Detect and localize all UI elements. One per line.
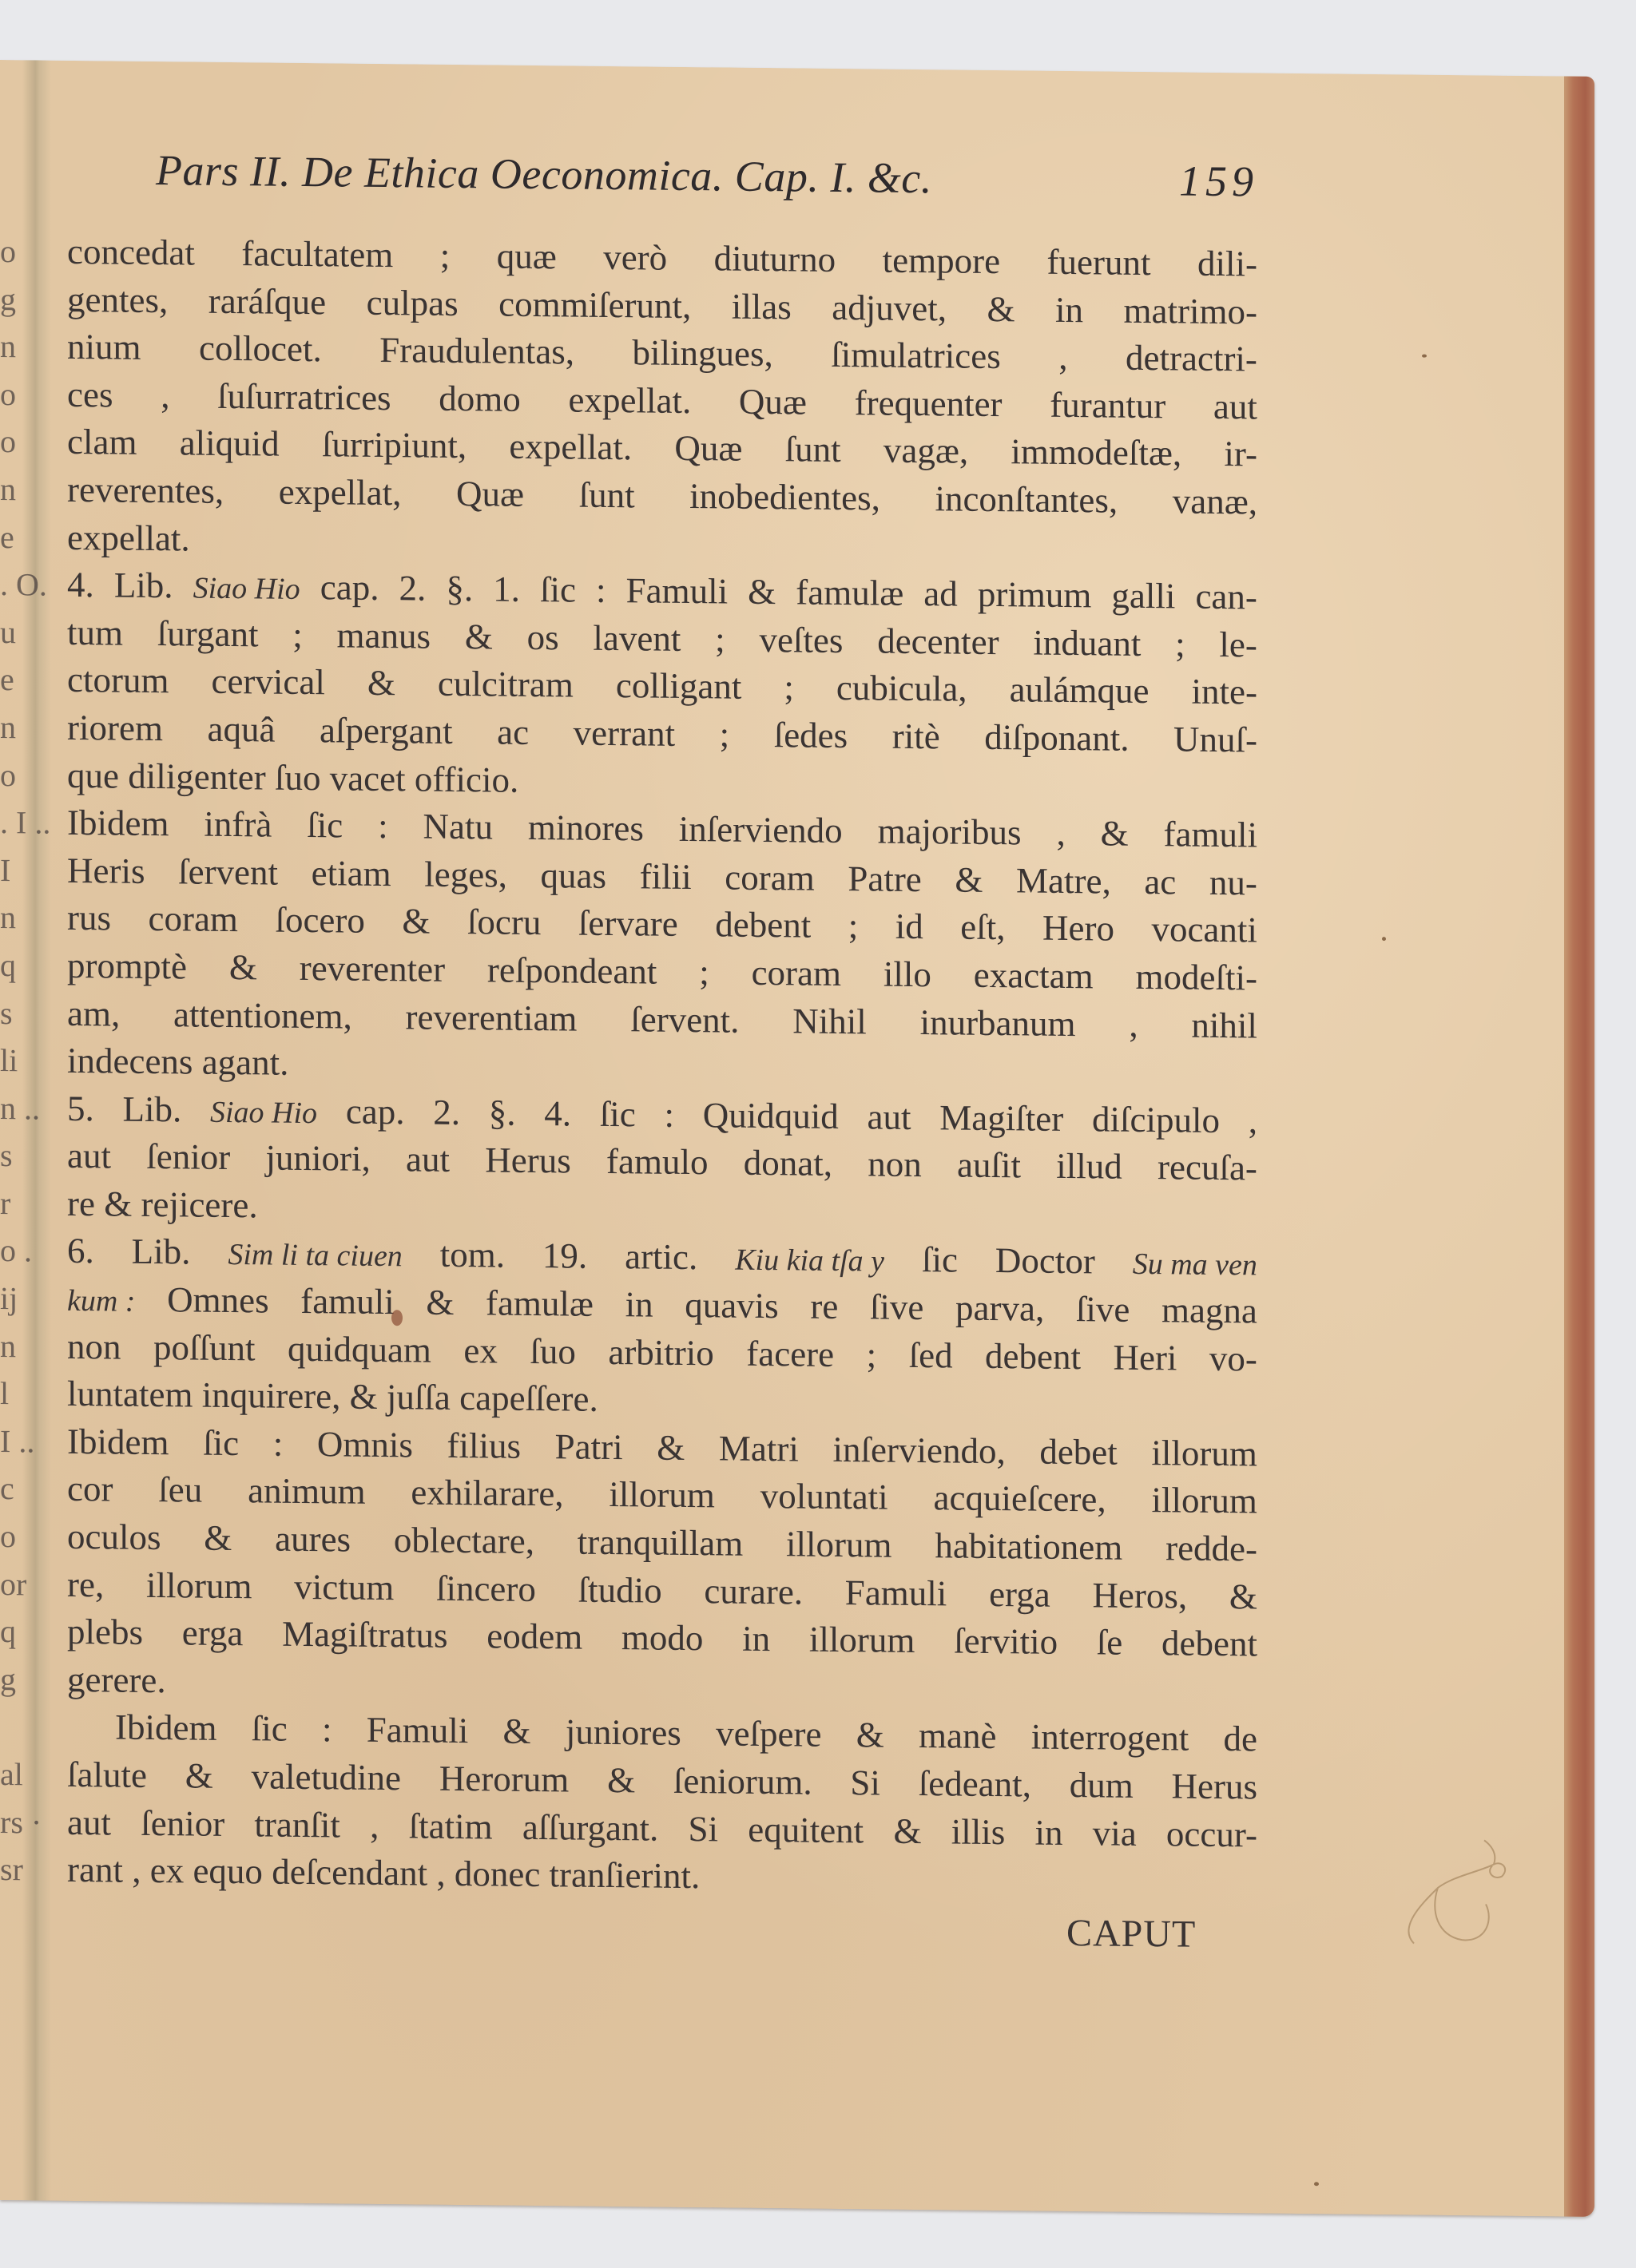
word: inſerviendo, xyxy=(833,1426,1006,1476)
word: ; xyxy=(848,902,859,950)
word: ; xyxy=(867,1331,877,1379)
word: donec xyxy=(455,1850,540,1899)
word: deſcendant xyxy=(272,1849,427,1898)
word: cor xyxy=(67,1465,113,1513)
word: & xyxy=(893,1807,921,1855)
word: & xyxy=(856,1712,884,1760)
word: in xyxy=(625,1281,653,1329)
word: ſic xyxy=(540,566,576,614)
word: & xyxy=(185,1752,213,1800)
word: commiſerunt, xyxy=(498,280,691,330)
word: coram xyxy=(149,895,238,944)
gutter-glyph: g xyxy=(0,1655,64,1703)
word: officio. xyxy=(415,755,518,804)
word: vocanti xyxy=(1151,906,1257,954)
gutter-glyph xyxy=(0,1703,64,1751)
gutter-glyph: q xyxy=(0,1608,64,1655)
word: aulámque xyxy=(1010,667,1150,716)
word: Ibidem xyxy=(67,1418,169,1467)
word: ſunt xyxy=(785,426,841,474)
word: voluntati xyxy=(760,1473,888,1521)
word: illorum xyxy=(146,1562,252,1611)
word: colligant xyxy=(616,662,741,711)
gutter-glyph: n xyxy=(0,704,64,751)
word: ſervent xyxy=(178,848,278,897)
word: ſuo xyxy=(275,754,321,802)
word: , xyxy=(161,372,169,420)
word: fuerunt xyxy=(1047,239,1151,287)
word: reverentes, xyxy=(67,466,224,516)
word: exactam xyxy=(974,952,1094,1001)
word: aut xyxy=(1213,383,1257,431)
word: cervical xyxy=(211,658,324,707)
word: ſervitio xyxy=(954,1618,1058,1667)
word: Quæ xyxy=(674,425,742,473)
page-header: Pars II. De Ethica Oeconomica. Cap. I. &… xyxy=(156,145,1258,220)
word: tranſit xyxy=(254,1801,340,1850)
word: detractri- xyxy=(1126,335,1257,383)
italic-term: Kiu kia tſa y xyxy=(735,1235,884,1284)
word: vanæ, xyxy=(1173,478,1257,526)
word: veſpere xyxy=(716,1711,821,1759)
word: aut xyxy=(868,1093,911,1141)
word: Omnes xyxy=(167,1276,269,1325)
gutter-glyph: q xyxy=(0,942,64,989)
word: tom. xyxy=(440,1231,505,1279)
word: Heros, xyxy=(1092,1572,1187,1620)
word: : xyxy=(322,1707,332,1755)
word: ſive xyxy=(1076,1286,1130,1334)
word: curare. xyxy=(704,1568,803,1616)
word: majoribus xyxy=(878,808,1022,857)
italic-term: Su ma ven xyxy=(1133,1239,1257,1287)
word: & xyxy=(955,856,983,904)
word: Famuli xyxy=(626,567,729,616)
word: aliquid xyxy=(180,420,280,469)
word: inconſtantes, xyxy=(935,475,1118,525)
word: Ibidem xyxy=(67,799,169,848)
word: primum xyxy=(978,571,1092,620)
word: §. xyxy=(446,565,473,613)
word: in xyxy=(1055,286,1083,334)
gutter-glyph: or xyxy=(0,1560,64,1608)
word: illud xyxy=(1056,1143,1122,1191)
word: & xyxy=(607,1757,635,1805)
word: agant. xyxy=(202,1039,289,1088)
word: & xyxy=(402,898,430,946)
word: Heris xyxy=(67,847,145,896)
word: aures xyxy=(275,1516,351,1564)
word: juniori, xyxy=(265,1135,370,1184)
gutter-glyph: l xyxy=(0,1370,64,1417)
word: aſpergant xyxy=(320,707,453,755)
word: Si xyxy=(850,1759,880,1807)
gutter-glyph: li xyxy=(0,1037,64,1084)
word: & xyxy=(204,1515,232,1563)
word: reverentiam xyxy=(406,993,578,1043)
word: ſincero xyxy=(436,1564,536,1613)
word: modeſti- xyxy=(1136,954,1257,1002)
word: equo xyxy=(193,1848,262,1897)
word: Matri xyxy=(719,1425,799,1473)
facing-page-show-through: ognoone. O.ueno. I ..Inqslin ..sro .ijnl… xyxy=(0,228,64,1894)
word: rus xyxy=(67,894,111,942)
word: 6. xyxy=(67,1227,94,1275)
word: veſtes xyxy=(759,617,843,665)
gutter-glyph: . I .. xyxy=(0,799,64,847)
word: Fraudulentas, xyxy=(379,327,574,376)
word: diuturno xyxy=(714,235,836,283)
word: illorum xyxy=(1151,1429,1257,1478)
word: recuſa- xyxy=(1158,1144,1257,1192)
running-head: Pars II. De Ethica Oeconomica. Cap. I. &… xyxy=(156,145,932,203)
paper-speck xyxy=(1422,355,1427,358)
word: Matre, xyxy=(1016,857,1111,906)
word: minores xyxy=(528,804,644,853)
word: : xyxy=(378,803,388,850)
word: famulæ xyxy=(796,569,903,618)
word: Natu xyxy=(423,803,492,852)
word: modo xyxy=(621,1614,704,1663)
word: 1. xyxy=(493,566,520,614)
word: ſive xyxy=(870,1283,923,1331)
word: , xyxy=(436,1850,445,1898)
word: magna xyxy=(1161,1287,1257,1335)
italic-term: Siao Hio xyxy=(210,1086,317,1135)
word: & xyxy=(1229,1573,1257,1621)
word: re xyxy=(67,1180,95,1228)
word: Lib. xyxy=(123,1085,182,1133)
word: gerere. xyxy=(67,1656,166,1705)
word: ſunt xyxy=(579,472,635,520)
word: ſic xyxy=(203,1420,239,1468)
word: reſpondeant xyxy=(487,946,657,996)
word: , xyxy=(1249,1097,1257,1145)
gutter-glyph: s xyxy=(0,989,64,1037)
word: riorem xyxy=(67,704,163,753)
word: aſſurgant. xyxy=(522,1803,658,1852)
word: erga xyxy=(989,1571,1050,1619)
word: os xyxy=(527,614,559,662)
word: exhilarare, xyxy=(411,1469,563,1519)
word: quas xyxy=(541,852,607,900)
word: illorum xyxy=(609,1471,715,1520)
word: decenter xyxy=(877,617,999,666)
word: & xyxy=(657,1424,685,1472)
word: facere xyxy=(746,1330,834,1378)
gutter-glyph: o xyxy=(0,371,64,418)
word: raráſque xyxy=(208,277,326,326)
word: interrogent xyxy=(1031,1714,1189,1763)
word: victum xyxy=(294,1563,394,1612)
word: eſt, xyxy=(960,904,1005,952)
word: Magiſter xyxy=(939,1094,1063,1143)
word: ſurripiunt, xyxy=(322,422,467,470)
word: ſuſurratrices xyxy=(217,373,391,422)
word: reverenter xyxy=(300,945,445,994)
word: non xyxy=(67,1323,121,1371)
gutter-glyph: s xyxy=(0,1132,64,1180)
word: vacet xyxy=(330,755,406,803)
gutter-glyph: c xyxy=(0,1465,64,1513)
word: expellat. xyxy=(569,376,692,425)
word: dum xyxy=(1070,1762,1134,1810)
page-number: 159 xyxy=(1179,156,1258,206)
word: tum xyxy=(67,609,123,657)
word: concedat xyxy=(67,228,195,277)
word: ritè xyxy=(892,713,940,761)
word: Lib. xyxy=(132,1228,191,1276)
word: Doctor xyxy=(995,1238,1095,1287)
word: : xyxy=(665,1091,675,1139)
word: clam xyxy=(67,418,137,467)
paper-speck xyxy=(1314,2182,1319,2186)
gutter-glyph: g xyxy=(0,276,64,323)
gutter-glyph: I xyxy=(0,847,64,894)
word: & xyxy=(350,1374,378,1421)
word: Hero xyxy=(1042,905,1114,954)
gutter-glyph: n .. xyxy=(0,1084,64,1132)
word: valetudine xyxy=(252,1753,401,1802)
word: ; xyxy=(1175,621,1185,668)
gutter-glyph: o xyxy=(0,418,64,466)
word: induant xyxy=(1033,619,1141,668)
word: oculos xyxy=(67,1513,161,1562)
word: vo- xyxy=(1209,1335,1257,1383)
word: dili- xyxy=(1197,240,1257,288)
word: Lib. xyxy=(114,562,173,610)
word: rant xyxy=(67,1846,123,1894)
word: ir- xyxy=(1224,430,1257,478)
word: : xyxy=(596,567,606,615)
word: oblectare, xyxy=(394,1517,534,1565)
word: Quidquid xyxy=(703,1092,839,1140)
gutter-glyph: rs · xyxy=(0,1798,64,1846)
word: attentionem, xyxy=(173,991,352,1041)
gutter-glyph: n xyxy=(0,1322,64,1370)
word: culpas xyxy=(367,279,459,327)
word: quæ xyxy=(497,233,557,281)
word: , xyxy=(370,1802,379,1850)
gutter-glyph: o xyxy=(0,1513,64,1560)
word: leges, xyxy=(424,850,507,899)
word: inurbanum xyxy=(920,999,1076,1049)
word: in xyxy=(742,1616,770,1663)
word: cap. xyxy=(320,564,379,612)
word: debent xyxy=(1161,1620,1257,1668)
word: in xyxy=(1034,1809,1062,1857)
word: que xyxy=(67,751,119,799)
gutter-glyph: sr xyxy=(0,1846,64,1893)
word: le- xyxy=(1219,621,1257,669)
word: Heri xyxy=(1113,1334,1177,1382)
word: ; xyxy=(440,232,451,280)
word: plebs xyxy=(67,1608,143,1657)
gutter-glyph: . O. xyxy=(0,561,64,609)
word: coram xyxy=(725,854,814,902)
word: ſtatim xyxy=(409,1802,493,1851)
word: 2. xyxy=(399,565,427,613)
word: & xyxy=(229,944,257,992)
word: ſic xyxy=(307,802,343,850)
word: ſocero xyxy=(275,897,364,946)
word: ſervare xyxy=(578,900,678,949)
gutter-glyph: o xyxy=(0,228,64,276)
word: acquieſcere, xyxy=(934,1475,1106,1525)
word: & xyxy=(426,1279,454,1327)
word: can- xyxy=(1195,573,1257,621)
word: ac xyxy=(1144,858,1176,906)
word: expellat. xyxy=(509,423,632,472)
word: coram xyxy=(752,950,841,998)
word: diſponant. xyxy=(984,714,1129,763)
gutter-glyph: I .. xyxy=(0,1417,64,1465)
word: via xyxy=(1093,1810,1137,1858)
gutter-glyph: o . xyxy=(0,1227,64,1275)
word: gentes, xyxy=(67,276,168,324)
word: ctorum xyxy=(67,656,169,705)
word: lavent xyxy=(593,615,681,664)
word: ſe xyxy=(1097,1620,1122,1667)
word: ſenior xyxy=(141,1799,224,1848)
word: infrà xyxy=(204,801,272,849)
paper-speck xyxy=(1382,937,1386,941)
word: re, xyxy=(67,1561,104,1609)
word: ſedeant, xyxy=(919,1760,1031,1809)
word: & xyxy=(503,1708,531,1756)
word: ſic xyxy=(252,1706,288,1754)
word: ſedes xyxy=(774,712,848,760)
word: famulæ xyxy=(486,1279,594,1328)
word: , xyxy=(1058,334,1067,382)
word: 5. xyxy=(67,1085,94,1133)
word: ; xyxy=(784,664,794,712)
word: aut xyxy=(406,1136,450,1184)
word: ſimulatrices xyxy=(831,331,1000,381)
word: indecens xyxy=(67,1037,193,1086)
word: illorum xyxy=(809,1616,915,1665)
word: & xyxy=(104,1180,132,1228)
word: filii xyxy=(640,853,692,901)
gutter-glyph: n xyxy=(0,466,64,513)
word: ſeu xyxy=(158,1467,202,1515)
word: ex xyxy=(150,1847,184,1895)
word: nu- xyxy=(1209,859,1257,907)
word: manè xyxy=(919,1712,996,1761)
gutter-glyph: n xyxy=(0,323,64,371)
word: tempore xyxy=(883,237,1000,286)
word: immodeſtæ, xyxy=(1011,429,1181,478)
word: Herus xyxy=(1172,1762,1257,1811)
word: §. xyxy=(489,1089,516,1137)
word: ſic xyxy=(922,1237,958,1285)
word: frequenter xyxy=(855,379,1003,429)
word: inte- xyxy=(1192,668,1257,716)
word: Herus xyxy=(485,1137,570,1186)
word: culcitram xyxy=(438,660,574,709)
word: promptè xyxy=(67,942,187,991)
gutter-glyph: u xyxy=(0,609,64,656)
word: ; xyxy=(699,949,709,997)
word: 2. xyxy=(433,1088,460,1136)
word: Herorum xyxy=(439,1755,569,1804)
word: tranquillam xyxy=(578,1519,743,1568)
word: bilingues, xyxy=(633,329,773,378)
word: luntatem xyxy=(67,1370,193,1419)
word: ſtudio xyxy=(578,1566,662,1615)
catchword: CAPUT xyxy=(1066,1911,1196,1957)
word: capeſſere. xyxy=(459,1374,598,1423)
word: ſocru xyxy=(467,898,541,947)
word: & xyxy=(1101,811,1129,858)
word: & xyxy=(367,660,395,708)
word: vagæ, xyxy=(884,427,968,476)
word: debet xyxy=(1039,1428,1117,1477)
word: ſic xyxy=(600,1091,636,1139)
word: ſenior xyxy=(146,1133,230,1182)
word: & xyxy=(465,613,493,661)
word: equitent xyxy=(748,1806,864,1854)
word: ſervent. xyxy=(630,996,739,1045)
word: domo xyxy=(439,375,521,424)
word: adjuvet, xyxy=(832,283,947,332)
word: debent xyxy=(715,902,811,950)
word: quavis xyxy=(685,1282,779,1330)
word: id xyxy=(895,903,923,951)
word: habitationem xyxy=(935,1522,1122,1572)
word: donat, xyxy=(744,1140,832,1188)
word: juſſa xyxy=(387,1374,451,1421)
word: expellat, xyxy=(279,469,402,517)
word: diſcipulo xyxy=(1092,1096,1220,1144)
word: famuli xyxy=(1164,811,1257,859)
word: ces xyxy=(67,371,113,419)
word: juniores xyxy=(566,1709,681,1758)
ink-stain xyxy=(391,1310,403,1326)
word: facultatem xyxy=(241,230,393,280)
word: expellat. xyxy=(67,513,190,562)
word: illorum xyxy=(1151,1477,1257,1526)
word: re xyxy=(810,1283,838,1331)
word: inſerviendo xyxy=(679,806,843,855)
gutter-glyph: e xyxy=(0,513,64,561)
page-fore-edge xyxy=(1564,77,1594,2217)
word: aut xyxy=(67,1132,111,1180)
word: Quæ xyxy=(456,470,524,518)
word: verrant xyxy=(574,709,675,758)
word: illo xyxy=(884,950,931,998)
word: famuli xyxy=(300,1278,394,1326)
word: Ibidem xyxy=(115,1704,216,1753)
gutter-glyph: ij xyxy=(0,1275,64,1322)
word: arbitrio xyxy=(608,1329,713,1378)
word: poſſunt xyxy=(153,1324,256,1373)
italic-term: Sim li ta ciuen xyxy=(228,1229,402,1279)
gutter-glyph: r xyxy=(0,1180,64,1227)
word: auſit xyxy=(957,1142,1021,1190)
word: Si xyxy=(688,1806,718,1854)
word: ſuo xyxy=(530,1328,576,1376)
word: artic. xyxy=(625,1234,697,1283)
word: quidquam xyxy=(288,1325,431,1374)
word: ex xyxy=(463,1327,497,1375)
word: filius xyxy=(447,1422,521,1471)
gutter-glyph: o xyxy=(0,751,64,799)
word: verò xyxy=(603,234,667,282)
word: animum xyxy=(248,1468,365,1517)
word: : xyxy=(273,1420,284,1468)
word: illorum xyxy=(786,1521,892,1569)
